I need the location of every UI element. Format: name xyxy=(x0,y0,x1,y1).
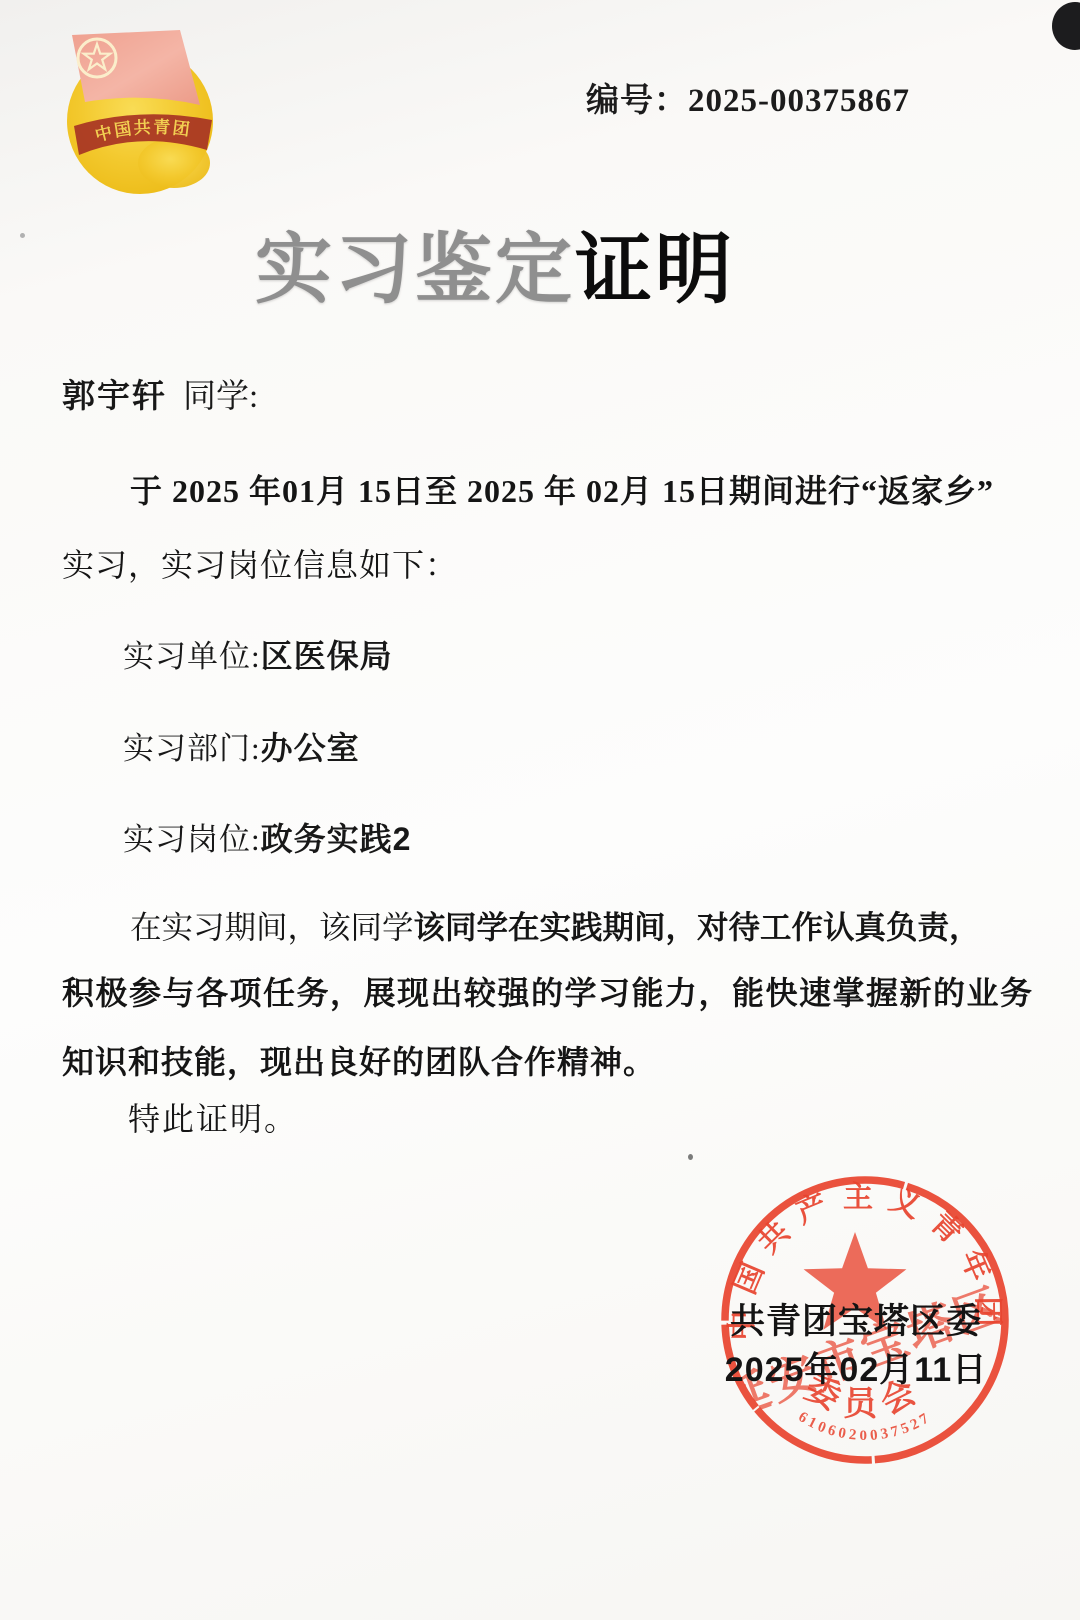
detail-row-position: 实习岗位:政务实践2 xyxy=(123,814,411,860)
evaluation-line-2: 积极参与各项任务，展现出较强的学习能力，能快速掌握新的业务 xyxy=(62,968,1034,1014)
certificate-page: 中国共青团 编号：2025-00375867 实习鉴定证明 郭宇轩同学: 于 2… xyxy=(0,0,1080,1620)
detail-value: 区医保局 xyxy=(261,638,393,674)
detail-value: 办公室 xyxy=(261,730,360,766)
detail-label: 实习部门: xyxy=(123,731,261,766)
scan-corner-artifact xyxy=(1052,2,1080,50)
salutation: 郭宇轩同学: xyxy=(62,370,258,417)
student-name: 郭宇轩 xyxy=(62,377,167,414)
salutation-suffix: 同学: xyxy=(183,379,258,415)
intro-line-1: 于 2025 年01月 15日至 2025 年 02月 15日期间进行“返家乡” xyxy=(130,466,994,512)
detail-row-unit: 实习单位:区医保局 xyxy=(123,631,393,677)
intro-line-2: 实习，实习岗位信息如下： xyxy=(62,540,458,586)
serial-number: 编号：2025-00375867 xyxy=(586,74,910,121)
detail-label: 实习岗位: xyxy=(123,822,261,857)
page-title-bold-part: 证明 xyxy=(575,227,735,313)
detail-value: 政务实践2 xyxy=(261,821,412,857)
evaluation-line-1-normal: 在实习期间，该同学 xyxy=(130,910,414,945)
detail-row-department: 实习部门:办公室 xyxy=(123,723,360,769)
evaluation-line-1: 在实习期间，该同学该同学在实践期间，对待工作认真负责， xyxy=(130,903,981,948)
scan-speck xyxy=(20,233,25,238)
page-title-faded-part: 实习鉴定 xyxy=(255,227,575,313)
evaluation-line-1-bold: 该同学在实践期间，对待工作认真负责， xyxy=(414,909,981,945)
closing-statement: 特此证明。 xyxy=(128,1094,298,1140)
seal-overlay-date: 2025年02月11日 xyxy=(695,1342,1017,1391)
evaluation-line-3: 知识和技能，现出良好的团队合作精神。 xyxy=(62,1037,656,1083)
seal-overlay-organization: 共青团宝塔区委 xyxy=(695,1294,1017,1344)
scan-speck xyxy=(688,1154,693,1160)
page-title: 实习鉴定证明 xyxy=(35,222,955,318)
detail-label: 实习单位: xyxy=(123,639,261,674)
china-communist-youth-league-emblem-icon: 中国共青团 xyxy=(52,18,252,203)
